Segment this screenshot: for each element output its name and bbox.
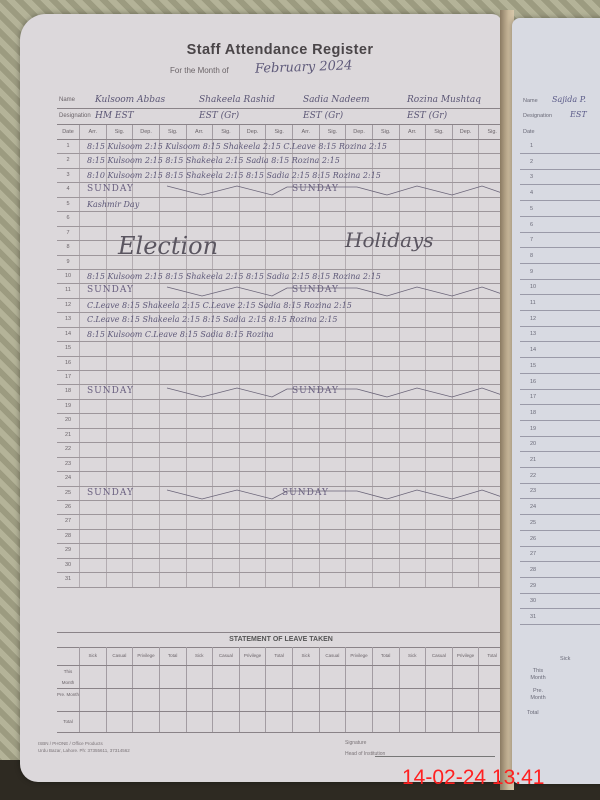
table-row: 23 bbox=[57, 458, 505, 472]
row-cell bbox=[106, 212, 133, 225]
leave-row-total: Total bbox=[57, 712, 505, 733]
row-cell bbox=[425, 559, 452, 572]
row-cell bbox=[399, 256, 426, 269]
row-cell bbox=[186, 414, 213, 427]
row-cell bbox=[319, 328, 346, 341]
row-date: 17 bbox=[57, 371, 79, 384]
row-cell bbox=[159, 544, 186, 557]
row-cell bbox=[319, 501, 346, 514]
row-cell bbox=[399, 270, 426, 283]
row-cell bbox=[212, 198, 239, 211]
row-cell bbox=[106, 357, 133, 370]
row-date: 10 bbox=[57, 270, 79, 283]
row-cell bbox=[106, 414, 133, 427]
row-date: 19 bbox=[57, 400, 79, 413]
right-row-date: 5 bbox=[530, 206, 533, 212]
right-row-line bbox=[520, 530, 600, 531]
handwritten-entry: 8:15 Kulsoom 2:15 8:15 Shakeela 2:15 Sad… bbox=[87, 154, 340, 167]
col-sig: Sig. bbox=[265, 125, 292, 139]
row-cell bbox=[345, 256, 372, 269]
table-row: 22 bbox=[57, 443, 505, 457]
row-cell bbox=[212, 501, 239, 514]
row-cell bbox=[452, 140, 479, 153]
right-leave-col: Sick bbox=[560, 656, 570, 662]
row-date: 13 bbox=[57, 313, 79, 326]
row-cell bbox=[399, 140, 426, 153]
row-cell bbox=[399, 530, 426, 543]
row-cell bbox=[239, 198, 266, 211]
row-date: 2 bbox=[57, 154, 79, 167]
table-row: 29 bbox=[57, 544, 505, 558]
row-date: 22 bbox=[57, 443, 79, 456]
row-cell bbox=[425, 313, 452, 326]
row-cell bbox=[159, 501, 186, 514]
table-row: 6 bbox=[57, 212, 505, 226]
right-row-date: 21 bbox=[530, 457, 536, 463]
table-row: 4SUNDAYSUNDAY bbox=[57, 183, 505, 197]
row-cell bbox=[319, 544, 346, 557]
row-cell bbox=[186, 472, 213, 485]
row-cell bbox=[239, 357, 266, 370]
right-row-date: 27 bbox=[530, 551, 536, 557]
row-cell bbox=[425, 256, 452, 269]
handwritten-election: Election bbox=[118, 232, 218, 260]
row-cell bbox=[292, 241, 319, 254]
row-cell bbox=[399, 328, 426, 341]
row-date: 20 bbox=[57, 414, 79, 427]
row-cell bbox=[425, 429, 452, 442]
row-cell bbox=[399, 429, 426, 442]
row-cell bbox=[212, 400, 239, 413]
row-cell bbox=[399, 559, 426, 572]
row-cell bbox=[399, 169, 426, 182]
row-cell bbox=[372, 414, 399, 427]
right-row-line bbox=[520, 279, 600, 280]
row-cell bbox=[319, 573, 346, 586]
leave-col: Privilege bbox=[132, 647, 159, 665]
right-designation-value: EST bbox=[570, 110, 587, 119]
right-row-date: 1 bbox=[530, 143, 533, 149]
row-cell bbox=[239, 212, 266, 225]
row-cell bbox=[452, 429, 479, 442]
row-cell bbox=[265, 212, 292, 225]
row-cell bbox=[159, 198, 186, 211]
row-cell bbox=[292, 530, 319, 543]
row-cell bbox=[372, 299, 399, 312]
right-row-line bbox=[520, 389, 600, 390]
right-row-line bbox=[520, 514, 600, 515]
row-cell bbox=[239, 414, 266, 427]
row-cell bbox=[425, 515, 452, 528]
row-cell bbox=[425, 371, 452, 384]
row-cell bbox=[292, 371, 319, 384]
staff-name: Shakeela Rashid bbox=[193, 93, 297, 108]
row-cell bbox=[372, 198, 399, 211]
row-cell bbox=[212, 342, 239, 355]
publisher-line-1: ISBN / PHONE / Office Products bbox=[38, 740, 130, 747]
row-date: 21 bbox=[57, 429, 79, 442]
row-cell bbox=[372, 328, 399, 341]
col-sig: Sig. bbox=[372, 125, 399, 139]
row-cell bbox=[345, 501, 372, 514]
row-cell bbox=[132, 429, 159, 442]
row-cell bbox=[159, 342, 186, 355]
right-row-line bbox=[520, 624, 600, 625]
right-leave-row: Pre. Month bbox=[527, 688, 549, 702]
row-cell bbox=[212, 429, 239, 442]
row-cell bbox=[345, 313, 372, 326]
row-cell bbox=[265, 371, 292, 384]
right-row-date: 7 bbox=[530, 237, 533, 243]
right-row-date: 29 bbox=[530, 583, 536, 589]
row-date: 31 bbox=[57, 573, 79, 586]
designation-label: Designation bbox=[57, 109, 89, 124]
table-row: 17 bbox=[57, 371, 505, 385]
row-cell bbox=[265, 400, 292, 413]
row-cell bbox=[319, 443, 346, 456]
table-row: 28:15 Kulsoom 2:15 8:15 Shakeela 2:15 Sa… bbox=[57, 154, 505, 168]
row-cell bbox=[425, 530, 452, 543]
row-cell bbox=[159, 443, 186, 456]
row-cell bbox=[425, 400, 452, 413]
table-row: 30 bbox=[57, 559, 505, 573]
row-cell bbox=[399, 443, 426, 456]
row-cell bbox=[79, 429, 106, 442]
row-cell bbox=[265, 256, 292, 269]
right-row-date: 6 bbox=[530, 222, 533, 228]
row-cell bbox=[452, 212, 479, 225]
handwritten-entry: C.Leave 8:15 Shakeela 2:15 8:15 Sadia 2:… bbox=[87, 313, 337, 326]
row-cell bbox=[159, 371, 186, 384]
row-date: 26 bbox=[57, 501, 79, 514]
row-cell bbox=[292, 501, 319, 514]
row-cell bbox=[425, 414, 452, 427]
designation-row: Designation HM EST EST (Gr) EST (Gr) EST… bbox=[57, 109, 505, 125]
row-cell bbox=[79, 212, 106, 225]
row-cell bbox=[239, 515, 266, 528]
row-cell bbox=[132, 515, 159, 528]
row-cell bbox=[319, 472, 346, 485]
row-cell bbox=[345, 559, 372, 572]
row-cell bbox=[106, 544, 133, 557]
right-row-line bbox=[520, 436, 600, 437]
row-cell bbox=[425, 299, 452, 312]
row-cell bbox=[452, 227, 479, 240]
row-cell bbox=[292, 414, 319, 427]
col-sig: Sig. bbox=[159, 125, 186, 139]
row-date: 28 bbox=[57, 530, 79, 543]
row-cell bbox=[239, 530, 266, 543]
col-sig: Sig. bbox=[319, 125, 346, 139]
row-cell bbox=[425, 342, 452, 355]
row-cell bbox=[292, 573, 319, 586]
row-cell bbox=[239, 241, 266, 254]
right-leave-row: Total bbox=[527, 710, 539, 716]
table-row: 15 bbox=[57, 342, 505, 356]
row-cell bbox=[372, 443, 399, 456]
right-row-line bbox=[520, 498, 600, 499]
right-row-line bbox=[520, 373, 600, 374]
row-cell bbox=[425, 472, 452, 485]
row-cell bbox=[345, 458, 372, 471]
handwritten-entry: 8:15 Kulsoom 2:15 Kulsoom 8:15 Shakeela … bbox=[87, 140, 387, 153]
staff-designation: EST (Gr) bbox=[401, 109, 505, 124]
row-cell bbox=[212, 472, 239, 485]
row-cell bbox=[159, 530, 186, 543]
row-cell bbox=[425, 458, 452, 471]
leave-col: Privilege bbox=[345, 647, 372, 665]
publisher-info: ISBN / PHONE / Office Products Urdu Baza… bbox=[38, 740, 130, 754]
row-cell bbox=[132, 559, 159, 572]
row-cell bbox=[132, 414, 159, 427]
row-cell bbox=[79, 371, 106, 384]
row-cell bbox=[292, 458, 319, 471]
table-row: 28 bbox=[57, 530, 505, 544]
row-date: 16 bbox=[57, 357, 79, 370]
row-cell bbox=[345, 443, 372, 456]
right-date-label: Date bbox=[523, 129, 535, 135]
row-cell bbox=[345, 357, 372, 370]
row-cell bbox=[345, 212, 372, 225]
row-date: 15 bbox=[57, 342, 79, 355]
right-row-date: 17 bbox=[530, 394, 536, 400]
row-cell bbox=[186, 400, 213, 413]
right-row-line bbox=[520, 546, 600, 547]
row-cell bbox=[425, 501, 452, 514]
row-cell bbox=[159, 357, 186, 370]
row-cell bbox=[79, 342, 106, 355]
row-cell bbox=[452, 241, 479, 254]
attendance-rows: 18:15 Kulsoom 2:15 Kulsoom 8:15 Shakeela… bbox=[57, 140, 505, 588]
right-row-line bbox=[520, 216, 600, 217]
row-cell bbox=[425, 212, 452, 225]
row-cell bbox=[186, 429, 213, 442]
right-row-date: 9 bbox=[530, 269, 533, 275]
row-cell bbox=[79, 443, 106, 456]
leave-row-label: Total bbox=[57, 712, 79, 732]
row-date: 30 bbox=[57, 559, 79, 572]
row-cell bbox=[186, 198, 213, 211]
row-cell bbox=[106, 400, 133, 413]
table-row: 11SUNDAYSUNDAY bbox=[57, 284, 505, 298]
right-row-line bbox=[520, 420, 600, 421]
row-cell bbox=[265, 241, 292, 254]
table-row: 21 bbox=[57, 429, 505, 443]
row-cell bbox=[132, 357, 159, 370]
row-cell bbox=[265, 501, 292, 514]
row-cell bbox=[79, 559, 106, 572]
row-cell bbox=[159, 472, 186, 485]
zigzag-strike bbox=[57, 183, 505, 197]
row-cell bbox=[132, 212, 159, 225]
row-cell bbox=[239, 429, 266, 442]
row-cell bbox=[106, 501, 133, 514]
right-row-date: 26 bbox=[530, 536, 536, 542]
row-date: 23 bbox=[57, 458, 79, 471]
leave-row-label: Pre. Month bbox=[57, 689, 79, 711]
row-cell bbox=[132, 544, 159, 557]
table-row: 25SUNDAYSUNDAY bbox=[57, 487, 505, 501]
row-cell bbox=[159, 559, 186, 572]
row-cell bbox=[425, 328, 452, 341]
row-cell bbox=[452, 559, 479, 572]
row-cell bbox=[425, 169, 452, 182]
row-cell bbox=[372, 544, 399, 557]
right-row-date: 24 bbox=[530, 504, 536, 510]
leave-row-label: This Month bbox=[57, 666, 79, 688]
row-cell bbox=[239, 371, 266, 384]
row-cell bbox=[106, 559, 133, 572]
month-label: For the Month of bbox=[170, 66, 229, 75]
handwritten-entry: 8:10 Kulsoom 2:15 8:15 Shakeela 2:15 8:1… bbox=[87, 169, 381, 182]
row-date: 7 bbox=[57, 227, 79, 240]
row-cell bbox=[452, 256, 479, 269]
table-row: 13C.Leave 8:15 Shakeela 2:15 8:15 Sadia … bbox=[57, 313, 505, 327]
col-departure: Dep. bbox=[239, 125, 266, 139]
row-cell bbox=[345, 414, 372, 427]
row-cell bbox=[159, 414, 186, 427]
right-row-date: 3 bbox=[530, 174, 533, 180]
col-sig: Sig. bbox=[106, 125, 133, 139]
right-row-date: 16 bbox=[530, 379, 536, 385]
row-cell bbox=[399, 515, 426, 528]
right-leave-row: This Month bbox=[527, 668, 549, 682]
row-cell bbox=[372, 530, 399, 543]
table-row: 18SUNDAYSUNDAY bbox=[57, 385, 505, 399]
row-cell bbox=[239, 573, 266, 586]
row-cell bbox=[186, 458, 213, 471]
row-cell bbox=[319, 256, 346, 269]
right-designation-label: Designation bbox=[523, 113, 552, 119]
row-cell bbox=[452, 573, 479, 586]
row-cell bbox=[106, 530, 133, 543]
row-cell bbox=[212, 544, 239, 557]
row-cell bbox=[159, 458, 186, 471]
staff-name: Rozina Mushtaq bbox=[401, 93, 505, 108]
leave-statement-title: STATEMENT OF LEAVE TAKEN bbox=[57, 632, 505, 648]
row-cell bbox=[106, 429, 133, 442]
row-cell bbox=[399, 313, 426, 326]
row-cell bbox=[186, 342, 213, 355]
row-cell bbox=[265, 227, 292, 240]
row-cell bbox=[159, 400, 186, 413]
table-row: 20 bbox=[57, 414, 505, 428]
row-date: 24 bbox=[57, 472, 79, 485]
right-row-date: 19 bbox=[530, 426, 536, 432]
col-departure: Dep. bbox=[132, 125, 159, 139]
staff-designation: EST (Gr) bbox=[297, 109, 401, 124]
row-cell bbox=[425, 270, 452, 283]
row-cell bbox=[239, 458, 266, 471]
right-row-line bbox=[520, 247, 600, 248]
leave-row-pre-month: Pre. Month bbox=[57, 689, 505, 712]
right-row-line bbox=[520, 357, 600, 358]
right-row-date: 11 bbox=[530, 300, 536, 306]
leave-col: Casual bbox=[106, 647, 133, 665]
row-cell bbox=[292, 443, 319, 456]
row-cell bbox=[106, 573, 133, 586]
row-cell bbox=[265, 559, 292, 572]
row-cell bbox=[79, 357, 106, 370]
row-cell bbox=[399, 212, 426, 225]
row-cell bbox=[345, 342, 372, 355]
leave-col: Sick bbox=[79, 647, 106, 665]
row-cell bbox=[372, 472, 399, 485]
name-row: Name Kulsoom Abbas Shakeela Rashid Sadia… bbox=[57, 93, 505, 109]
row-cell bbox=[319, 458, 346, 471]
row-cell bbox=[345, 573, 372, 586]
row-cell bbox=[452, 515, 479, 528]
row-cell bbox=[372, 400, 399, 413]
leave-row-this-month: This Month bbox=[57, 666, 505, 689]
row-cell bbox=[452, 400, 479, 413]
row-cell bbox=[292, 198, 319, 211]
row-cell bbox=[345, 328, 372, 341]
row-cell bbox=[132, 573, 159, 586]
row-cell bbox=[79, 530, 106, 543]
row-cell bbox=[319, 400, 346, 413]
row-cell bbox=[292, 544, 319, 557]
right-row-date: 31 bbox=[530, 614, 536, 620]
row-cell bbox=[265, 515, 292, 528]
row-cell bbox=[399, 154, 426, 167]
right-row-line bbox=[520, 294, 600, 295]
row-cell bbox=[345, 530, 372, 543]
row-cell bbox=[399, 458, 426, 471]
attendance-grid: Name Kulsoom Abbas Shakeela Rashid Sadia… bbox=[57, 93, 505, 588]
row-cell bbox=[425, 140, 452, 153]
row-cell bbox=[452, 299, 479, 312]
row-cell bbox=[212, 573, 239, 586]
row-cell bbox=[265, 458, 292, 471]
right-row-line bbox=[520, 232, 600, 233]
row-cell bbox=[319, 515, 346, 528]
right-row-line bbox=[520, 169, 600, 170]
col-date: Date bbox=[57, 125, 79, 139]
right-row-date: 18 bbox=[530, 410, 536, 416]
right-row-line bbox=[520, 310, 600, 311]
row-cell bbox=[372, 342, 399, 355]
handwritten-holidays: Holidays bbox=[345, 228, 434, 252]
row-cell bbox=[106, 342, 133, 355]
right-name-value: Sajida P. bbox=[552, 95, 586, 104]
row-date: 6 bbox=[57, 212, 79, 225]
row-cell bbox=[186, 357, 213, 370]
row-cell bbox=[452, 443, 479, 456]
head-of-institution-label: Head of Institution bbox=[345, 749, 385, 760]
right-row-date: 8 bbox=[530, 253, 533, 259]
row-cell bbox=[399, 400, 426, 413]
row-cell bbox=[212, 515, 239, 528]
right-row-line bbox=[520, 326, 600, 327]
row-date: 8 bbox=[57, 241, 79, 254]
row-cell bbox=[452, 371, 479, 384]
row-cell bbox=[265, 357, 292, 370]
row-cell bbox=[239, 342, 266, 355]
right-row-line bbox=[520, 608, 600, 609]
row-cell bbox=[399, 414, 426, 427]
row-cell bbox=[319, 429, 346, 442]
col-sig: Sig. bbox=[425, 125, 452, 139]
right-row-line bbox=[520, 451, 600, 452]
table-row: 12C.Leave 8:15 Shakeela 2:15 C.Leave 2:1… bbox=[57, 299, 505, 313]
row-cell bbox=[292, 342, 319, 355]
leave-col: Total bbox=[265, 647, 292, 665]
right-row-date: 14 bbox=[530, 347, 536, 353]
row-cell bbox=[399, 472, 426, 485]
row-cell bbox=[239, 472, 266, 485]
row-date: 3 bbox=[57, 169, 79, 182]
